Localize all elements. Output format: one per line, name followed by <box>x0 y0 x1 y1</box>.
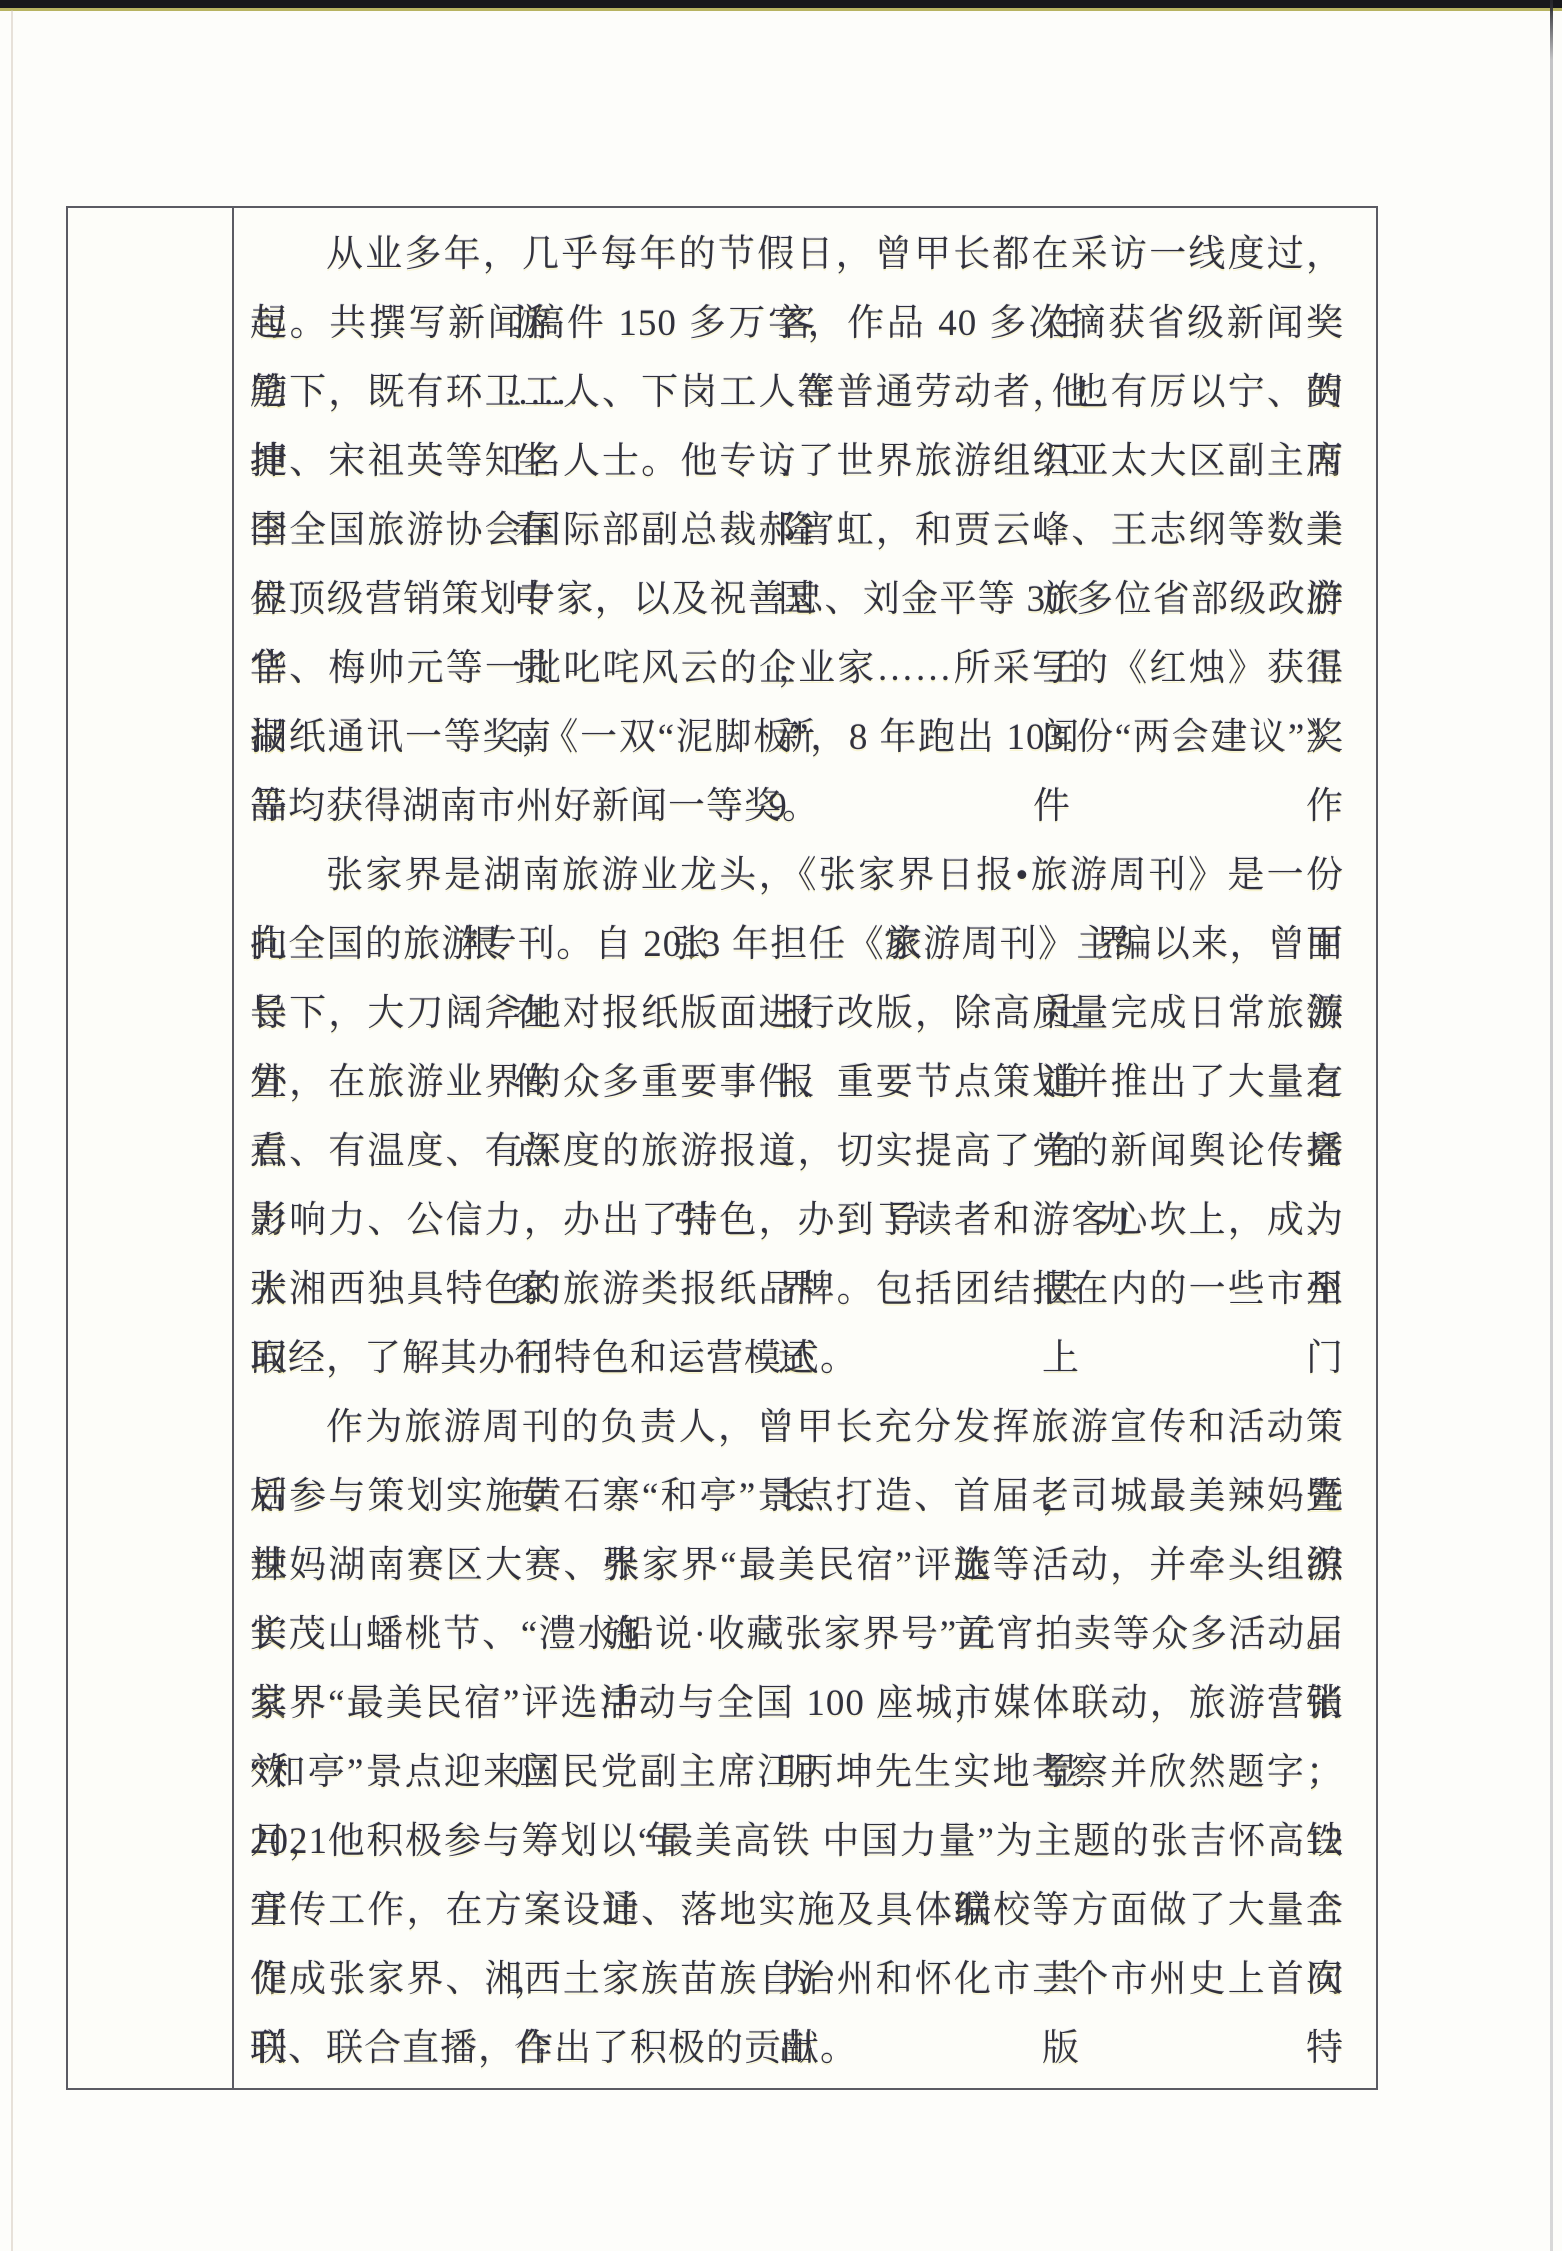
text-line: “和亭”景点迎来国民党副主席江丙坤先生实地考察并欣然题字；2021 年 12 <box>250 1738 1344 1807</box>
text-line: 外，在旅游业界的众多重要事件、重要节点策划并推出了大量有看点、有亮 <box>250 1048 1344 1117</box>
text-line: 影响力、公信力，办出了特色，办到了读者和游客心坎上，成为张家界甚至 <box>250 1186 1344 1255</box>
text-line: 报纸通讯一等奖，《一双“泥脚板”，8 年跑出 103 份“两会建议”》等 9 件… <box>250 703 1344 772</box>
text-line: 向全国的旅游专刊。自 2013 年担任《旅游周刊》主编以来，曾甲长在报社领 <box>250 910 1344 979</box>
table-cell-left-empty <box>68 208 234 2088</box>
text-line: 笔下，既有环卫工人、下岗工人等普通劳动者，也有厉以宁、贺捷生、江丙 <box>250 358 1344 427</box>
text-line: 华、梅帅元等一批叱咤风云的企业家……所采写的《红烛》获得湖南新闻奖 <box>250 634 1344 703</box>
text-line: 坤、宋祖英等知名人士。他专访了世界旅游组织亚太大区副主席李春隆、美 <box>250 427 1344 496</box>
text-line: 长茂山蟠桃节、“澧水船说·收藏张家界号”元宵拍卖等众多活动。其中，张 <box>250 1600 1344 1669</box>
table-cell-body-text: 从业多年，几乎每年的节假日，曾甲长都在采访一线度过，与游客在一 起。共撰写新闻稿… <box>234 208 1376 2088</box>
document-table: 从业多年，几乎每年的节假日，曾甲长都在采访一线度过，与游客在一 起。共撰写新闻稿… <box>66 206 1378 2090</box>
text-line: 大湘西独具特色的旅游类报纸品牌。包括团结报在内的一些市州同行还上门 <box>250 1255 1344 1324</box>
text-line: 界顶级营销策划专家，以及祝善忠、刘金平等 30 多位省部级政府官员，王正 <box>250 565 1344 634</box>
text-line: 作为旅游周刊的负责人，曾甲长充分发挥旅游宣传和活动策划专长，先 <box>250 1393 1344 1462</box>
scan-edge-top-band <box>0 0 1562 11</box>
text-line: 宣传工作，在方案设计、落地实施及具体编校等方面做了大量工作，为共同 <box>250 1876 1344 1945</box>
text-line: 月，他积极参与筹划以“最美高铁 中国力量”为主题的张吉怀高铁开通联合 <box>250 1807 1344 1876</box>
text-line: 导下，大刀阔斧地对报纸版面进行改版，除高质量完成日常旅游宣传报道之 <box>250 979 1344 1048</box>
text-line: 起。共撰写新闻稿件 150 多万字，作品 40 多次摘获省级新闻奖励……在他的 <box>250 289 1344 358</box>
text-line: 家界“最美民宿”评选活动与全国 100 座城市媒体联动，旅游营销效应明显； <box>250 1669 1344 1738</box>
scanned-document-page: { "page": { "background_color": "#fdfdfa… <box>0 0 1562 2251</box>
text-line: 国全国旅游协会国际部副总裁郝宵虹，和贾云峰、王志纲等数十位中国旅游 <box>250 496 1344 565</box>
text-line: 张家界是湖南旅游业龙头，《张家界日报•旅游周刊》是一份扎根张家界面 <box>250 841 1344 910</box>
scan-edge-left-line <box>11 10 13 2251</box>
text-line: 点、有温度、有深度的旅游报道，切实提高了党的新闻舆论传播力、引导力、 <box>250 1117 1344 1186</box>
scan-edge-right-line <box>1550 0 1553 2251</box>
text-line: 后参与策划实施黄石寨“和亭”景点打造、首届老司城最美辣妈暨世界旅游 <box>250 1462 1344 1531</box>
text-line: 促成张家界、湘西土家族苗族自治州和怀化市三个市州史上首次联合出版特 <box>250 1945 1344 2014</box>
text-line: 辣妈湖南赛区大赛、张家界“最美民宿”评选等活动，并牵头组织实施首届 <box>250 1531 1344 1600</box>
text-line: 从业多年，几乎每年的节假日，曾甲长都在采访一线度过，与游客在一 <box>250 220 1344 289</box>
